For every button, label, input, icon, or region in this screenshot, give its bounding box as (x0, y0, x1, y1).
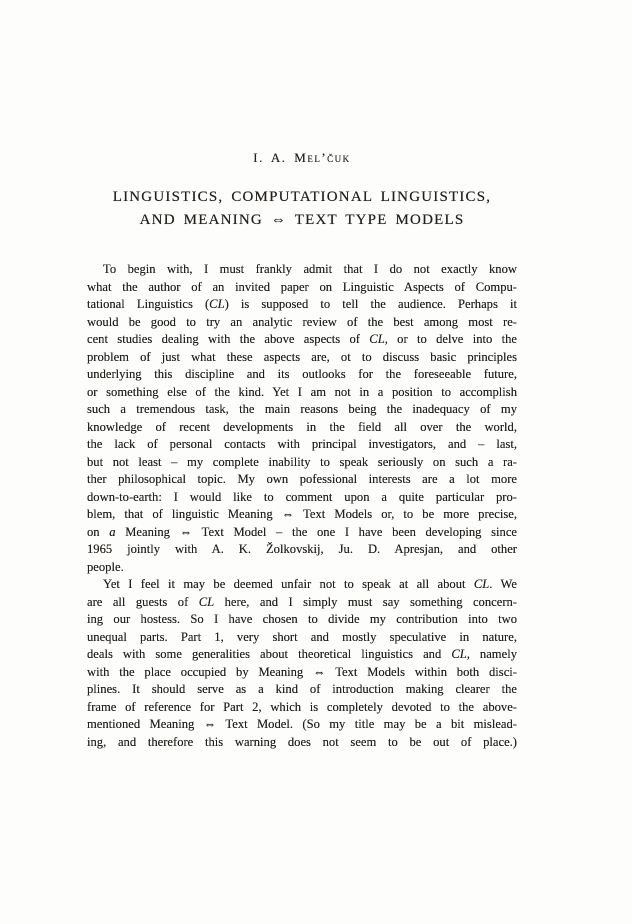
title-line-2: AND MEANING ⇔ TEXT TYPE MODELS (140, 212, 465, 228)
paragraph: To begin with, I must frankly admit that… (87, 261, 517, 576)
text-line: people. (87, 559, 517, 577)
text-line: mentioned Meaning ⇔ Text Model. (So my t… (87, 716, 517, 734)
text-line: plines. It should serve as a kind of int… (87, 681, 517, 699)
text-line: 1965 jointly with A. K. Žolkovskij, Ju. … (87, 541, 517, 559)
text-line: To begin with, I must frankly admit that… (87, 261, 517, 279)
text-line: frame of reference for Part 2, which is … (87, 699, 517, 717)
text-line: blem, that of linguistic Meaning ⇔ Text … (87, 506, 517, 524)
text-line: Yet I feel it may be deemed unfair not t… (87, 576, 517, 594)
text-line: but not least – my complete inability to… (87, 454, 517, 472)
text-line: ing, and therefore this warning does not… (87, 734, 517, 752)
text-line: on a Meaning ⇔ Text Model – the one I ha… (87, 524, 517, 542)
text-line: would be good to try an analytic review … (87, 314, 517, 332)
text-line: with the place occupied by Meaning ⇔ Tex… (87, 664, 517, 682)
text-line: unequal parts. Part 1, very short and mo… (87, 629, 517, 647)
text-line: knowledge of recent developments in the … (87, 419, 517, 437)
text-line: underlying this discipline and its outlo… (87, 366, 517, 384)
paragraph: Yet I feel it may be deemed unfair not t… (87, 576, 517, 751)
text-line: or something else of the kind. Yet I am … (87, 384, 517, 402)
title-line-1: LINGUISTICS, COMPUTATIONAL LINGUISTICS, (113, 189, 492, 205)
text-line: ing our hostess. So I have chosen to div… (87, 611, 517, 629)
text-line: the lack of personal contacts with princ… (87, 436, 517, 454)
text-line: cent studies dealing with the above aspe… (87, 331, 517, 349)
text-line: ther philosophical topic. My own pofessi… (87, 471, 517, 489)
article-body: To begin with, I must frankly admit that… (87, 261, 517, 751)
text-line: are all guests of CL here, and I simply … (87, 594, 517, 612)
text-line: what the author of an invited paper on L… (87, 279, 517, 297)
document-page: I. A. Mel’čuk LINGUISTICS, COMPUTATIONAL… (0, 0, 632, 924)
text-line: such a tremendous task, the main reasons… (87, 401, 517, 419)
author-name: I. A. Mel’čuk (87, 150, 517, 166)
text-line: problem of just what these aspects are, … (87, 349, 517, 367)
text-line: down-to-earth: I would like to comment u… (87, 489, 517, 507)
text-line: deals with some generalities about theor… (87, 646, 517, 664)
article-title: LINGUISTICS, COMPUTATIONAL LINGUISTICS, … (87, 186, 517, 232)
text-line: tational Linguistics (CL) is supposed to… (87, 296, 517, 314)
